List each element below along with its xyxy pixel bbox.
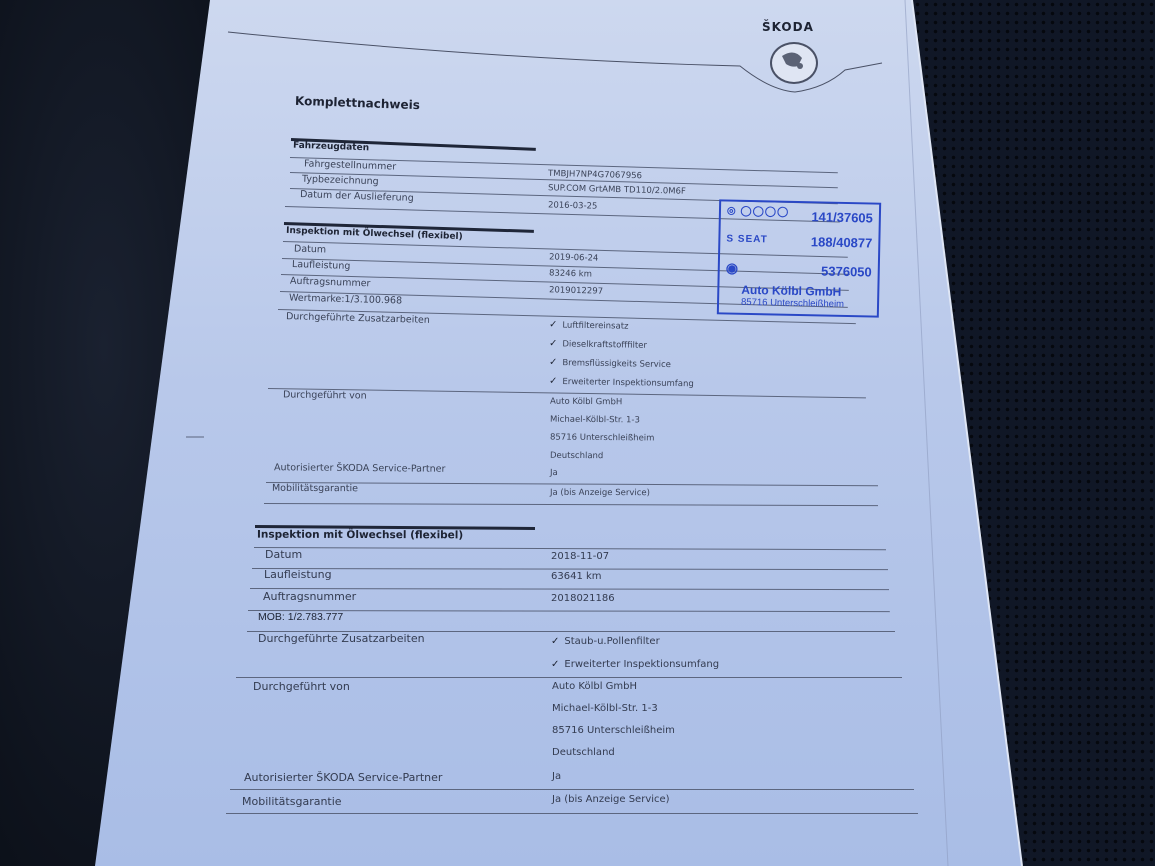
- extra-work-text: Staub-u.Pollenfilter: [564, 636, 659, 647]
- partner-value: Ja: [552, 771, 561, 782]
- performed-by-line: Deutschland: [552, 747, 615, 758]
- extra-work-text: Luftfiltereinsatz: [562, 321, 628, 332]
- field-label: Laufleistung: [264, 568, 332, 581]
- extra-work-text: Bremsflüssigkeits Service: [562, 358, 671, 370]
- dealer-stamp: ◎ ◯◯◯◯ 141/37605 S SEAT 188/40877 ◉ 5376…: [717, 199, 881, 317]
- checkmark-icon: ✓: [549, 338, 558, 349]
- extra-work-item: ✓Bremsflüssigkeits Service: [549, 357, 671, 370]
- skoda-stamp-logo-icon: ◉: [726, 259, 740, 276]
- audi-logo-icon: ◎ ◯◯◯◯: [727, 205, 789, 217]
- section-heading: Inspektion mit Ölwechsel (flexibel): [257, 529, 463, 542]
- seat-logo-icon: S SEAT: [726, 233, 768, 245]
- checkmark-icon: ✓: [549, 357, 558, 368]
- divider: [226, 813, 918, 814]
- extra-work-text: Erweiterter Inspektionsumfang: [562, 377, 694, 389]
- partner-label: Autorisierter ŠKODA Service-Partner: [244, 771, 442, 784]
- extra-work-label: Durchgeführte Zusatzarbeiten: [286, 311, 430, 326]
- field-label: Datum: [265, 548, 302, 561]
- field-value: 2018021186: [551, 593, 615, 604]
- field-label: Laufleistung: [292, 259, 351, 272]
- performed-by-line: Michael-Kölbl-Str. 1-3: [550, 415, 640, 426]
- divider: [254, 547, 886, 550]
- skoda-logo-icon: [770, 42, 818, 84]
- performed-by-line: Deutschland: [550, 451, 603, 461]
- extra-work-item: ✓Staub-u.Pollenfilter: [551, 636, 660, 647]
- stamp-city: 85716 Unterschleißheim: [741, 297, 844, 310]
- field-value: 2016-03-25: [548, 200, 598, 211]
- performed-by-line: Auto Kölbl GmbH: [552, 681, 637, 692]
- performed-by-line: 85716 Unterschleißheim: [550, 433, 655, 444]
- field-label: Auftragsnummer: [290, 276, 371, 290]
- divider: [236, 677, 902, 678]
- field-value: 2018-11-07: [551, 551, 609, 562]
- divider: [264, 503, 878, 506]
- performed-by-line: Michael-Kölbl-Str. 1-3: [552, 703, 658, 714]
- field-label: Datum: [294, 243, 327, 255]
- document-content: ŠKODA Komplettnachweis FahrzeugdatenFahr…: [0, 0, 1155, 866]
- extra-work-item: ✓Luftfiltereinsatz: [549, 319, 629, 331]
- mobility-label: Mobilitätsgarantie: [272, 483, 358, 494]
- performed-by-label: Durchgeführt von: [283, 389, 367, 401]
- stamp-number-skoda: 5376050: [821, 263, 872, 279]
- checkmark-icon: ✓: [551, 659, 559, 670]
- divider: [248, 610, 890, 612]
- partner-label: Autorisierter ŠKODA Service-Partner: [274, 462, 445, 474]
- extra-work-label: Durchgeführte Zusatzarbeiten: [258, 632, 425, 645]
- field-label: Fahrgestellnummer: [304, 158, 396, 172]
- field-value: 2019-06-24: [549, 252, 599, 263]
- mobility-value: Ja (bis Anzeige Service): [552, 794, 670, 805]
- extra-work-item: ✓Dieselkraftstofffilter: [549, 338, 647, 351]
- field-value: 2019012297: [549, 285, 603, 296]
- extra-work-text: Erweiterter Inspektionsumfang: [564, 659, 719, 670]
- checkmark-icon: ✓: [549, 376, 558, 387]
- stamp-number-seat: 188/40877: [811, 234, 873, 250]
- field-label: Typbezeichnung: [302, 174, 379, 188]
- field-value: 83246 km: [549, 268, 592, 279]
- mob-note: MOB: 1/2.783.777: [258, 611, 343, 623]
- field-value: SUP.COM GrtAMB TD110/2.0M6F: [548, 183, 686, 197]
- performed-by-line: Auto Kölbl GmbH: [550, 397, 622, 408]
- checkmark-icon: ✓: [549, 319, 558, 330]
- divider: [230, 789, 914, 790]
- divider: [252, 568, 888, 570]
- mobility-value: Ja (bis Anzeige Service): [550, 488, 650, 498]
- performed-by-line: 85716 Unterschleißheim: [552, 725, 675, 736]
- mobility-label: Mobilitätsgarantie: [242, 795, 342, 808]
- brand-wordmark: ŠKODA: [762, 20, 814, 34]
- field-label: Auftragsnummer: [263, 590, 356, 603]
- extra-work-text: Dieselkraftstofffilter: [562, 339, 647, 350]
- page-title: Komplettnachweis: [295, 94, 420, 112]
- performed-by-label: Durchgeführt von: [253, 680, 350, 693]
- wertmarke-note: Wertmarke:1/3.100.968: [289, 293, 402, 307]
- section-heading: Fahrzeugdaten: [293, 141, 369, 154]
- field-value: 63641 km: [551, 571, 602, 582]
- partner-value: Ja: [550, 468, 558, 478]
- extra-work-item: ✓Erweiterter Inspektionsumfang: [549, 376, 694, 390]
- extra-work-item: ✓Erweiterter Inspektionsumfang: [551, 659, 719, 670]
- checkmark-icon: ✓: [551, 636, 559, 647]
- stamp-number-audi: 141/37605: [811, 209, 873, 225]
